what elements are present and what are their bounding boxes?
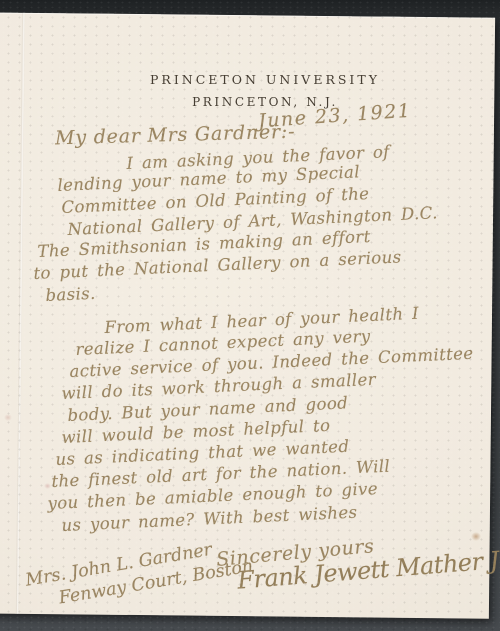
letter-body: I am asking you the favor of lending you… — [0, 153, 492, 537]
letter-scan: PRINCETON UNIVERSITY PRINCETON, N.J. Jun… — [0, 0, 500, 631]
letterhead-university-name: PRINCETON UNIVERSITY — [150, 72, 380, 87]
